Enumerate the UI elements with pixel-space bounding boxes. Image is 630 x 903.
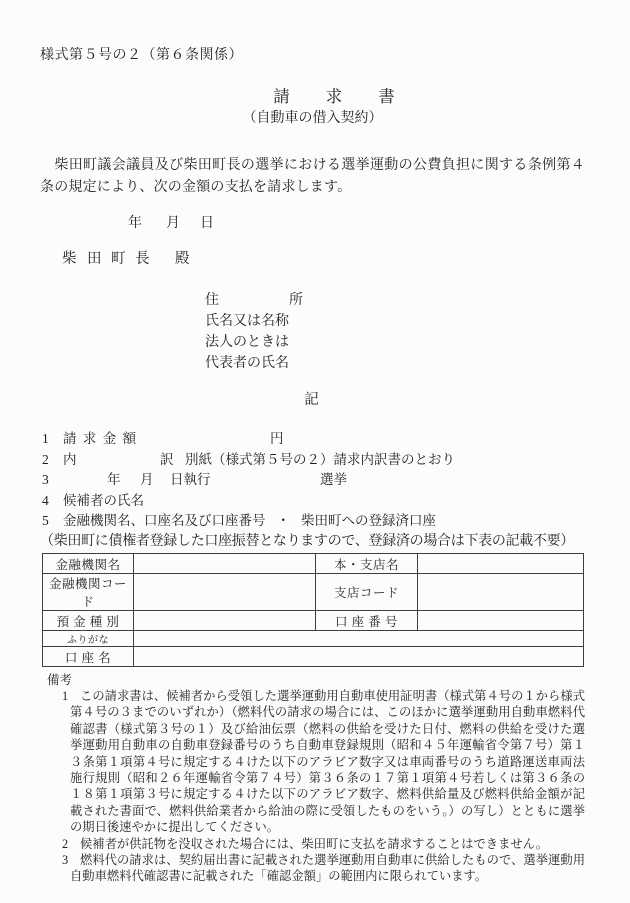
addressee-char: 町: [111, 247, 126, 268]
bank-account-table: 金融機関名 本・支店名 金融機関コード 支店コード 預 金 種 別 口 座 番 …: [42, 553, 584, 667]
account-name-value: [134, 647, 584, 667]
sender-name-label: 氏名又は名称: [205, 311, 585, 332]
date-line: 年 月 日: [40, 212, 585, 230]
date-day-label: 日: [200, 212, 214, 232]
item1-label: 請 求 金 額: [63, 429, 138, 450]
table-row: 金融機関名 本・支店名: [43, 554, 584, 574]
item3-year-label: 年: [107, 470, 121, 491]
item2-number: 2: [42, 450, 49, 471]
item2-text: 別紙（様式第５号の２）請求内訳書のとおり: [185, 450, 455, 471]
registered-account-note: （柴田町に債権者登録した口座振替となりますので、登録済の場合は下表の記載不要）: [40, 532, 585, 553]
account-number-value: [418, 611, 584, 631]
document-subtitle: （自動車の借入契約）: [40, 110, 585, 128]
item2-label-left: 内: [63, 450, 77, 471]
note2-number: 2: [62, 836, 68, 852]
bank-name-label: 金融機関名: [43, 554, 134, 574]
date-year-label: 年: [128, 212, 142, 232]
document-title: 請 求 書: [62, 88, 607, 106]
note3-text: 燃料代の請求は、契約届出書に記載された選挙運動用自動車に供給したもので、選挙運動…: [70, 853, 585, 883]
item1-yen-unit: 円: [270, 429, 284, 450]
item3-election-label: 選挙: [320, 470, 347, 491]
sender-corp-line2: 代表者の氏名: [205, 353, 585, 374]
claim-item-amount: 1 請 求 金 額 円: [40, 429, 585, 450]
date-month-label: 月: [166, 212, 180, 232]
addressee-char: 長: [135, 247, 150, 268]
item5-dot-separator: ・: [277, 513, 291, 528]
deposit-type-value: [134, 611, 316, 631]
remark-note-3: 3燃料代の請求は、契約届出書に記載された選挙運動用自動車に供給したもので、選挙運…: [40, 852, 585, 885]
note1-text: この請求書は、候補者から受領した選挙運動用自動車使用証明書（様式第４号の１から様…: [70, 689, 585, 834]
branch-code-value: [418, 574, 584, 611]
claim-item-candidate-name: 4 候補者の氏名: [40, 491, 585, 512]
addressee-char: 田: [87, 247, 102, 268]
bank-code-label: 金融機関コード: [43, 574, 134, 611]
item1-number: 1: [42, 429, 49, 450]
item3-number: 3: [42, 470, 49, 491]
note3-number: 3: [62, 852, 68, 868]
table-row: 預 金 種 別 口 座 番 号: [43, 611, 584, 631]
bank-code-value: [134, 574, 316, 611]
item3-day-exec-label: 日執行: [170, 470, 211, 491]
claim-item-election-date: 3 年 月 日執行 選挙: [40, 470, 585, 491]
item2-label-right: 訳: [160, 450, 174, 471]
remarks-section: 備考 1この請求書は、候補者から受領した選挙運動用自動車使用証明書（様式第４号の…: [40, 672, 585, 885]
sender-corp-line1: 法人のときは: [205, 332, 585, 353]
account-name-label: 口 座 名: [43, 647, 134, 667]
ki-marker: 記: [40, 391, 585, 409]
item4-text: 候補者の氏名: [63, 493, 144, 508]
addressee-line: 柴 田 町 長 殿: [40, 247, 585, 265]
claim-item-bank-account: 5 金融機関名、口座名及び口座番号・柴田町への登録済口座: [40, 511, 585, 532]
sender-block: 住 所 氏名又は名称 法人のときは 代表者の氏名: [40, 290, 585, 374]
branch-code-label: 支店コード: [316, 574, 418, 611]
addressee-char: 柴: [62, 247, 77, 268]
furigana-label: ふりがな: [43, 631, 134, 647]
remark-note-2: 2候補者が供託物を没収された場合には、柴田町に支払を請求することはできません。: [40, 836, 585, 852]
furigana-value: [134, 631, 584, 647]
account-number-label: 口 座 番 号: [316, 611, 418, 631]
remark-note-1: 1この請求書は、候補者から受領した選挙運動用自動車使用証明書（様式第４号の１から…: [40, 688, 585, 836]
addressee-honorific: 殿: [175, 247, 190, 268]
branch-name-label: 本・支店名: [316, 554, 418, 574]
document-page: 様式第５号の２（第６条関係） 請 求 書 （自動車の借入契約） 柴田町議会議員及…: [0, 0, 630, 903]
sender-address-label: 住 所: [205, 290, 585, 311]
item5-text-left: 金融機関名、口座名及び口座番号: [63, 513, 266, 528]
deposit-type-label: 預 金 種 別: [43, 611, 134, 631]
bank-name-value: [134, 554, 316, 574]
table-row: 口 座 名: [43, 647, 584, 667]
claim-list: 1 請 求 金 額 円 2 内 訳 別紙（様式第５号の２）請求内訳書のとおり 3…: [40, 429, 585, 552]
note1-number: 1: [62, 688, 68, 704]
remarks-heading: 備考: [40, 672, 585, 688]
branch-name-value: [418, 554, 584, 574]
note2-text: 候補者が供託物を没収された場合には、柴田町に支払を請求することはできません。: [80, 837, 548, 851]
form-number: 様式第５号の２（第６条関係）: [40, 48, 585, 64]
intro-paragraph: 柴田町議会議員及び柴田町長の選挙における選挙運動の公費負担に関する条例第４条の規…: [40, 155, 585, 199]
table-row: ふりがな: [43, 631, 584, 647]
table-row: 金融機関コード 支店コード: [43, 574, 584, 611]
item4-number: 4: [42, 491, 49, 512]
item5-text-right: 柴田町への登録済口座: [301, 513, 436, 528]
item3-month-label: 月: [140, 470, 154, 491]
item5-number: 5: [42, 511, 49, 532]
claim-item-breakdown: 2 内 訳 別紙（様式第５号の２）請求内訳書のとおり: [40, 450, 585, 471]
